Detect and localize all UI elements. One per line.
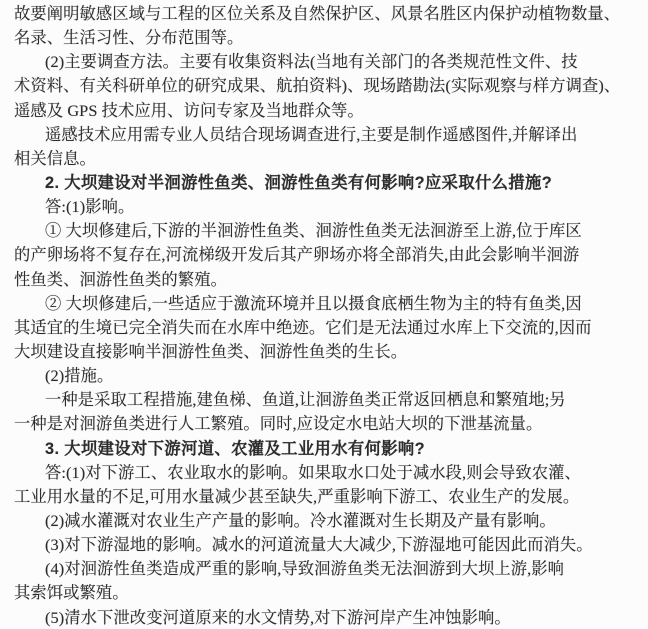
document-page: 故要阐明敏感区域与工程的区位关系及自然保护区、风景名胜区内保护动植物数量、 名录… bbox=[0, 0, 648, 629]
text-line: 其适宜的生境已完全消失而在水库中绝迹。它们是无法通过水库上下交流的,因而 bbox=[14, 316, 638, 340]
text-line: 故要阐明敏感区域与工程的区位关系及自然保护区、风景名胜区内保护动植物数量、 bbox=[14, 2, 638, 26]
text-line: 一种是对洄游鱼类进行人工繁殖。同时,应设定水电站大坝的下泄基流量。 bbox=[14, 412, 638, 436]
text-line: ② 大坝修建后,一些适应于激流环境并且以摄食底栖生物为主的特有鱼类,因 bbox=[14, 292, 638, 316]
text-line: 答:(1)影响。 bbox=[14, 195, 638, 219]
question-heading: 2. 大坝建设对半洄游性鱼类、洄游性鱼类有何影响?应采取什么措施? bbox=[14, 171, 638, 195]
text-line: 工业用水量的不足,可用水量减少甚至缺失,严重影响下游工、农业生产的发展。 bbox=[14, 485, 638, 509]
text-line: 的产卵场将不复存在,河流梯级开发后其产卵场亦将全部消失,由此会影响半洄游 bbox=[14, 243, 638, 267]
question-heading: 3. 大坝建设对下游河道、农灌及工业用水有何影响? bbox=[14, 437, 638, 461]
text-line: 相关信息。 bbox=[14, 147, 638, 171]
text-line: (4)对洄游性鱼类造成严重的影响,导致洄游鱼类无法洄游到大坝上游,影响 bbox=[14, 557, 638, 581]
text-line: 答:(1)对下游工、农业取水的影响。如果取水口处于减水段,则会导致农灌、 bbox=[14, 461, 638, 485]
text-line: 性鱼类、洄游性鱼类的繁殖。 bbox=[14, 268, 638, 292]
text-line: (3)对下游湿地的影响。减水的河道流量大大减少,下游湿地可能因此而消失。 bbox=[14, 533, 638, 557]
text-line: 术资料、有关科研单位的研究成果、航拍资料)、现场踏勘法(实际观察与样方调查)、 bbox=[14, 74, 638, 98]
text-line: 遥感技术应用需专业人员结合现场调查进行,主要是制作遥感图件,并解译出 bbox=[14, 123, 638, 147]
text-line: (2)减水灌溉对农业生产产量的影响。冷水灌溉对生长期及产量有影响。 bbox=[14, 509, 638, 533]
text-line: 一种是采取工程措施,建鱼梯、鱼道,让洄游鱼类正常返回栖息和繁殖地;另 bbox=[14, 388, 638, 412]
text-line: 大坝建设直接影响半洄游性鱼类、洄游性鱼类的生长。 bbox=[14, 340, 638, 364]
text-line: 其索饵或繁殖。 bbox=[14, 581, 638, 605]
text-line: 遥感及 GPS 技术应用、访问专家及当地群众等。 bbox=[14, 99, 638, 123]
text-line: ① 大坝修建后,下游的半洄游性鱼类、洄游性鱼类无法洄游至上游,位于库区 bbox=[14, 219, 638, 243]
text-line: 名录、生活习性、分布范围等。 bbox=[14, 26, 638, 50]
text-line: (2)主要调查方法。主要有收集资料法(当地有关部门的各类规范性文件、技 bbox=[14, 50, 638, 74]
text-line: (5)清水下泄改变河道原来的水文情势,对下游河岸产生冲蚀影响。 bbox=[14, 606, 638, 629]
text-line: (2)措施。 bbox=[14, 364, 638, 388]
